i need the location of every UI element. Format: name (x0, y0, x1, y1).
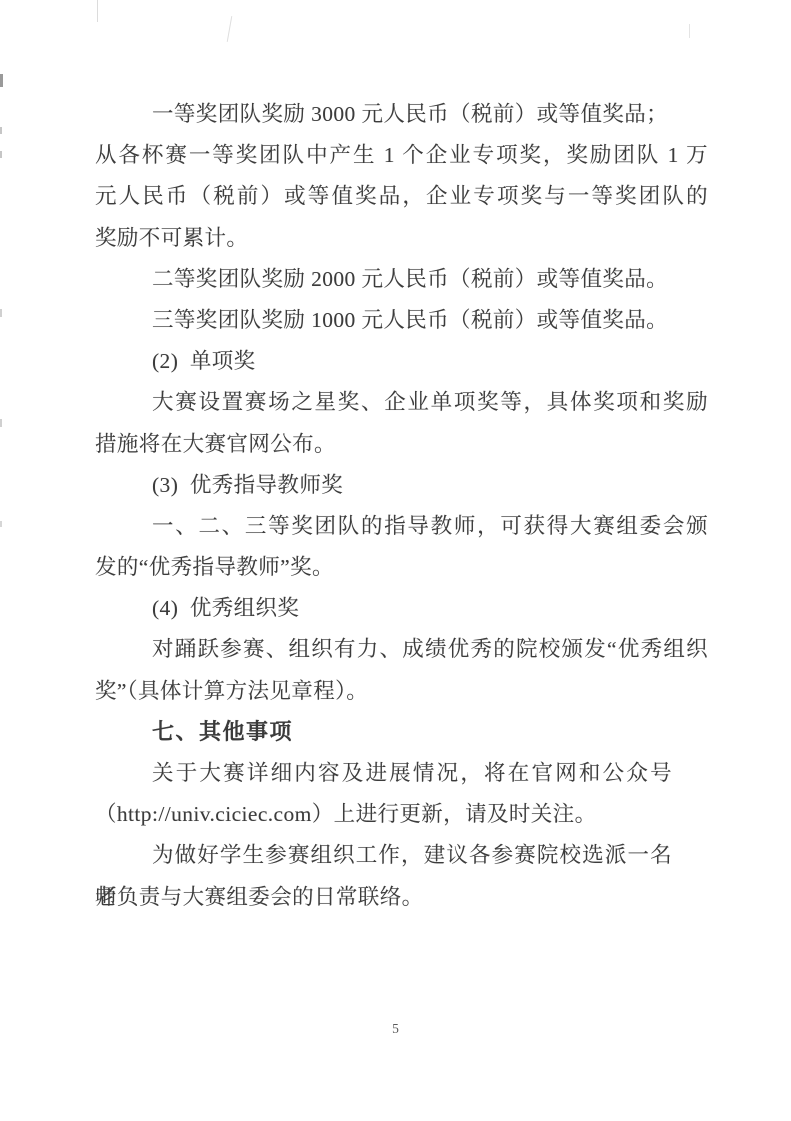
paragraph-line: (3) 优秀指导教师奖 (95, 465, 708, 506)
scan-artifact (0, 151, 2, 158)
paragraph-line: 师负责与大赛组委会的日常联络。 (95, 877, 708, 918)
paragraph-line: 大赛设置赛场之星奖、企业单项奖等，具体奖项和奖励 (95, 382, 708, 423)
scan-artifact (0, 309, 2, 317)
section-heading: 七、其他事项 (95, 712, 708, 753)
paragraph-line: 奖”（具体计算方法见章程）。 (95, 671, 708, 712)
scan-artifact (227, 16, 232, 42)
page-number: 5 (0, 1021, 791, 1037)
paragraph-line: (2) 单项奖 (95, 341, 708, 382)
paragraph-line: 三等奖团队奖励 1000 元人民币（税前）或等值奖品。 (95, 300, 708, 341)
paragraph-line: 从各杯赛一等奖团队中产生 1 个企业专项奖，奖励团队 1 万 (95, 135, 708, 176)
paragraph-line: 为做好学生参赛组织工作，建议各参赛院校选派一名老 (95, 835, 672, 876)
scan-artifact (0, 419, 2, 427)
paragraph-line: 奖励不可累计。 (95, 218, 708, 259)
paragraph-line: 二等奖团队奖励 2000 元人民币（税前）或等值奖品。 (95, 259, 708, 300)
scan-artifact (689, 24, 690, 38)
paragraph-line: 元人民币（税前）或等值奖品，企业专项奖与一等奖团队的 (95, 176, 708, 217)
scan-artifact (97, 0, 98, 22)
paragraph-line: 一、二、三等奖团队的指导教师，可获得大赛组委会颁 (95, 506, 708, 547)
paragraph-line: 一等奖团队奖励 3000 元人民币（税前）或等值奖品； (95, 94, 708, 135)
paragraph-line: 关于大赛详细内容及进展情况，将在官网和公众号 (95, 753, 672, 794)
paragraph-line: 发的“优秀指导教师”奖。 (95, 547, 708, 588)
scan-artifact (0, 521, 2, 527)
scan-artifact (0, 127, 2, 134)
paragraph-line: 措施将在大赛官网公布。 (95, 424, 708, 465)
paragraph-line: (4) 优秀组织奖 (95, 588, 708, 629)
paragraph-line: （http://univ.ciciec.com）上进行更新，请及时关注。 (95, 794, 708, 835)
document-body: 一等奖团队奖励 3000 元人民币（税前）或等值奖品；从各杯赛一等奖团队中产生 … (95, 94, 708, 918)
scan-artifact (0, 74, 3, 87)
paragraph-line: 对踊跃参赛、组织有力、成绩优秀的院校颁发“优秀组织 (95, 629, 708, 670)
document-page: 一等奖团队奖励 3000 元人民币（税前）或等值奖品；从各杯赛一等奖团队中产生 … (0, 0, 791, 1121)
